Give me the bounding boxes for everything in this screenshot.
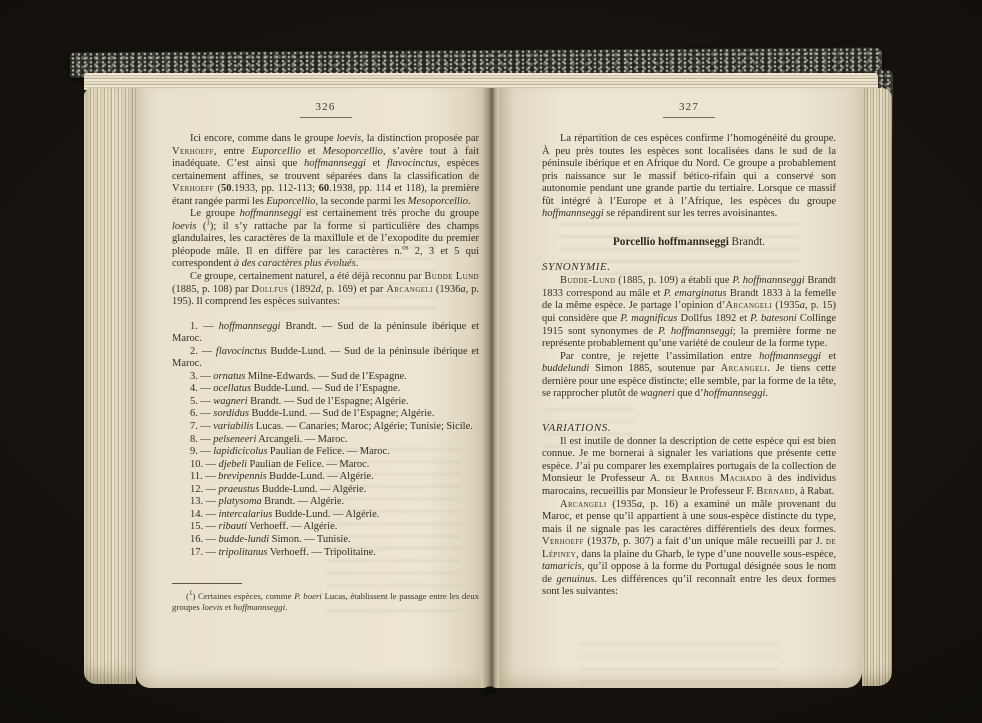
page-number: 326 — [172, 101, 479, 113]
right-page-edges — [862, 88, 892, 686]
section-variations: VARIATIONS. Il est inutile de donner la … — [542, 422, 836, 599]
paragraph: Ici encore, comme dans le groupe loevis,… — [172, 133, 479, 208]
species-heading: Porcellio hoffmannseggi Brandt. — [542, 236, 836, 249]
species-list-item: 16. — budde-lundi Simon. — Tunisie. — [172, 534, 479, 547]
paragraph: La répartition de ces espèces confirme l… — [542, 133, 836, 221]
species-list-item: 8. — pelseneeri Arcangeli. — Maroc. — [172, 434, 479, 447]
species-list-item: 11. — brevipennis Budde-Lund. — Algérie. — [172, 471, 479, 484]
paragraph: Budde-Lund (1885, p. 109) a établi que P… — [542, 275, 836, 350]
section-title: VARIATIONS. — [542, 422, 836, 434]
paragraph: Il est inutile de donner la description … — [542, 436, 836, 499]
gutter-bottom-shadow — [476, 672, 504, 694]
show-through-text — [579, 643, 779, 683]
section-title: SYNONYMIE. — [542, 261, 836, 273]
page-number-rule — [300, 117, 352, 118]
footnote: (1) Certaines espèces, comme P. boeri Lu… — [172, 591, 479, 613]
page-number: 327 — [542, 101, 836, 113]
species-list-item: 3. — ornatus Milne-Edwards. — Sud de l’E… — [172, 371, 479, 384]
species-list-item: 9. — lapidicicolus Paulian de Felice. — … — [172, 446, 479, 459]
paragraph: Arcangeli (1935a, p. 16) a examiné un mâ… — [542, 499, 836, 599]
species-list-item: 5. — wagneri Brandt. — Sud de l’Espagne;… — [172, 396, 479, 409]
left-page-edges — [84, 88, 136, 684]
left-page: 326 Ici encore, comme dans le groupe loe… — [136, 88, 481, 688]
book-gutter — [481, 88, 499, 688]
synonymie-paragraphs: Budde-Lund (1885, p. 109) a établi que P… — [542, 275, 836, 400]
footnote-block: (1) Certaines espèces, comme P. boeri Lu… — [172, 583, 479, 613]
variations-paragraphs: Il est inutile de donner la description … — [542, 436, 836, 599]
paragraph: Le groupe hoffmannseggi est certainement… — [172, 208, 479, 271]
species-list-item: 2. — flavocinctus Budde-Lund. — Sud de l… — [172, 346, 479, 371]
paragraph: Par contre, je rejette l’assimilation en… — [542, 351, 836, 401]
species-list-item: 14. — intercalarius Budde-Lund. — Algéri… — [172, 509, 479, 522]
paragraph: Ce groupe, certainement naturel, a été d… — [172, 271, 479, 309]
species-list: 1. — hoffmannseggi Brandt. — Sud de la p… — [172, 321, 479, 559]
species-list-item: 13. — platysoma Brandt. — Algérie. — [172, 496, 479, 509]
species-list-item: 1. — hoffmannseggi Brandt. — Sud de la p… — [172, 321, 479, 346]
species-list-item: 6. — sordidus Budde-Lund. — Sud de l’Esp… — [172, 408, 479, 421]
species-list-item: 15. — ribauti Verhoeff. — Algérie. — [172, 521, 479, 534]
page-number-rule — [663, 117, 715, 118]
footnote-rule — [172, 583, 242, 584]
section-synonymie: SYNONYMIE. Budde-Lund (1885, p. 109) a é… — [542, 261, 836, 400]
species-list-item: 7. — variabilis Lucas. — Canaries; Maroc… — [172, 421, 479, 434]
species-list-item: 12. — praeustus Budde-Lund. — Algérie. — [172, 484, 479, 497]
photographed-book-scan: { "left_page": { "number": "326", "parag… — [0, 0, 982, 723]
right-page: 327 La répartition de ces espèces confir… — [499, 88, 862, 688]
open-book-spread: 326 Ici encore, comme dans le groupe loe… — [84, 88, 892, 688]
left-page-paragraphs: Ici encore, comme dans le groupe loevis,… — [172, 133, 479, 309]
species-list-item: 4. — ocellatus Budde-Lund. — Sud de l’Es… — [172, 383, 479, 396]
species-list-item: 10. — djebeli Paulian de Felice. — Maroc… — [172, 459, 479, 472]
species-list-item: 17. — tripolitanus Verhoeff. — Tripolita… — [172, 547, 479, 560]
